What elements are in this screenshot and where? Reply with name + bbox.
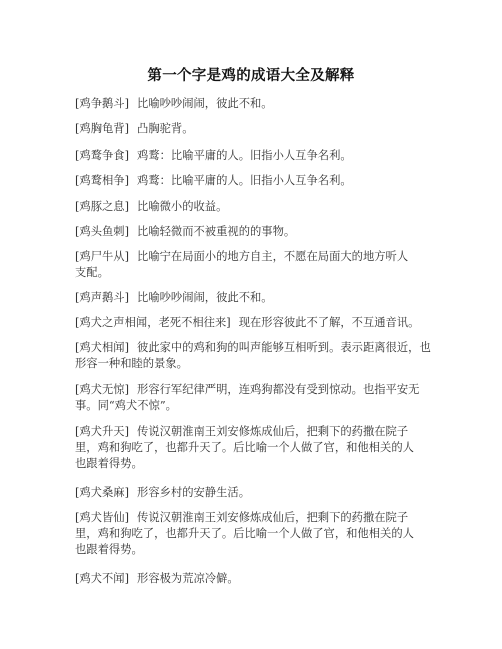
idiom-entry: [鸡犬桑麻]形容乡村的安静生活。 [75, 485, 475, 501]
idiom-term: [鸡争鹅斗] [75, 97, 129, 110]
document-title: 第一个字是鸡的成语大全及解释 [0, 64, 502, 85]
idiom-entry: [鸡声鹅斗]比喻吵吵闹闹，彼此不和。 [75, 290, 475, 306]
idiom-entry: [鸡犬无惊]形容行军纪律严明，连鸡狗都没有受到惊动。也指平安无事。同“鸡犬不惊”… [75, 382, 420, 414]
idiom-term: [鸡尸牛从] [75, 250, 129, 263]
idiom-term: [鸡犬升天] [75, 425, 129, 438]
idiom-term: [鸡犬皆仙] [75, 511, 129, 524]
idiom-entry: [鸡鹜相争]鸡鹜：比喻平庸的人。旧指小人互争名利。 [75, 173, 475, 189]
idiom-term: [鸡胸龟背] [75, 122, 129, 135]
idiom-definition: 比喻吵吵闹闹，彼此不和。 [137, 97, 273, 110]
idiom-term: [鸡犬无惊] [75, 383, 129, 396]
idiom-entry: [鸡尸牛从]比喻宁在局面小的地方自主，不愿在局面大的地方听人支配。 [75, 249, 415, 281]
idiom-definition: 形容乡村的安静生活。 [137, 486, 250, 499]
idiom-term: [鸡犬桑麻] [75, 486, 129, 499]
idiom-definition: 鸡鹜：比喻平庸的人。旧指小人互争名利。 [137, 174, 352, 187]
idiom-definition: 比喻吵吵闹闹，彼此不和。 [137, 291, 273, 304]
idiom-entry: [鸡头鱼刺]比喻轻微而不被重视的的事物。 [75, 224, 475, 240]
idiom-definition: 比喻轻微而不被重视的的事物。 [137, 225, 295, 238]
idiom-entry: [鸡胸龟背]凸胸驼背。 [75, 121, 475, 137]
idiom-definition: 形容极为荒凉冷僻。 [137, 572, 239, 585]
idiom-definition: 比喻微小的收益。 [137, 200, 227, 213]
idiom-entry: [鸡鹜争食]鸡鹜：比喻平庸的人。旧指小人互争名利。 [75, 148, 475, 164]
idiom-entry: [鸡犬不闻]形容极为荒凉冷僻。 [75, 571, 475, 587]
idiom-definition: 鸡鹜：比喻平庸的人。旧指小人互争名利。 [137, 149, 352, 162]
idiom-entry: [鸡犬之声相闻，老死不相往来]现在形容彼此不了解，不互通音讯。 [75, 315, 495, 331]
idiom-definition: 凸胸驼背。 [137, 122, 194, 135]
idiom-entry: [鸡犬升天]传说汉朝淮南王刘安修炼成仙后，把剩下的药撒在院子里，鸡和狗吃了，也都… [75, 424, 420, 472]
idiom-term: [鸡犬相闻] [75, 341, 129, 354]
idiom-term: [鸡头鱼刺] [75, 225, 129, 238]
idiom-term: [鸡豚之息] [75, 200, 129, 213]
idiom-entry: [鸡犬相闻]彼此家中的鸡和狗的叫声能够互相听到。表示距离很近，也形容一种和睦的景… [75, 340, 439, 372]
idiom-term: [鸡鹜争食] [75, 149, 129, 162]
idiom-term: [鸡鹜相争] [75, 174, 129, 187]
idiom-term: [鸡犬之声相闻，老死不相往来] [75, 316, 231, 329]
idiom-entry: [鸡犬皆仙]传说汉朝淮南王刘安修炼成仙后，把剩下的药撒在院子里，鸡和狗吃了，也都… [75, 510, 420, 558]
idiom-entry: [鸡豚之息]比喻微小的收益。 [75, 199, 475, 215]
idiom-entry: [鸡争鹅斗]比喻吵吵闹闹，彼此不和。 [75, 96, 475, 112]
idiom-term: [鸡犬不闻] [75, 572, 129, 585]
idiom-definition: 现在形容彼此不了解，不互通音讯。 [239, 316, 420, 329]
idiom-term: [鸡声鹅斗] [75, 291, 129, 304]
